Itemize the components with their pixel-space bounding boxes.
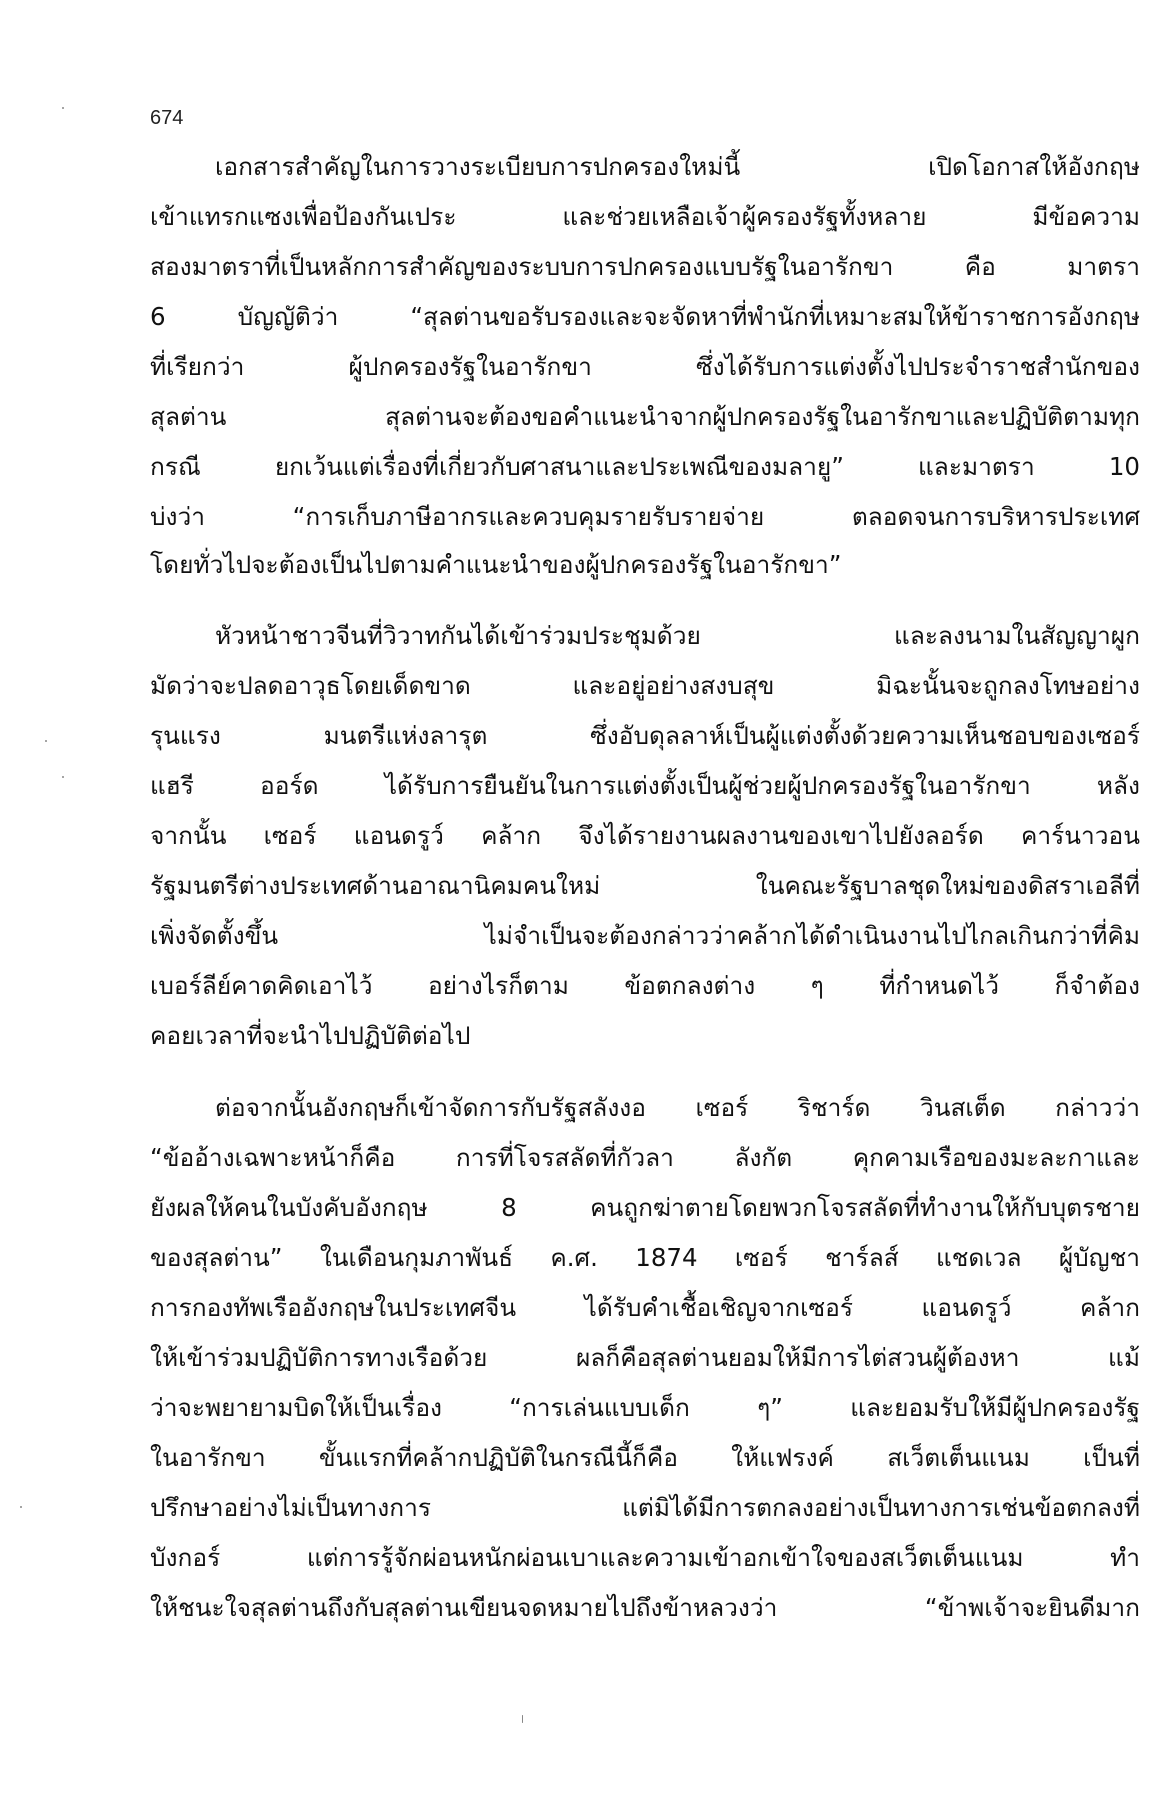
text-line: เอกสารสำคัญในการวางระเบียบการปกครองใหม่น… xyxy=(215,142,1140,192)
text-line: รุนแรง มนตรีแห่งลารุต ซึ่งอับดุลลาห์เป็น… xyxy=(150,711,1140,761)
text-line: กรณี ยกเว้นแต่เรื่องที่เกี่ยวกับศาสนาและ… xyxy=(150,442,1140,492)
text-line: เข้าแทรกแซงเพื่อป้องกันเประ และช่วยเหลือ… xyxy=(150,192,1140,242)
text-line: ต่อจากนั้นอังกฤษก็เข้าจัดการกับรัฐสลังงอ… xyxy=(215,1083,1140,1133)
text-line: การกองทัพเรืออังกฤษในประเทศจีน ได้รับคำเ… xyxy=(150,1283,1140,1333)
text-line: บังกอร์ แต่การรู้จักผ่อนหนักผ่อนเบาและคว… xyxy=(150,1533,1140,1583)
text-line: 6 บัญญัติว่า “สุลต่านขอรับรองและจะจัดหาท… xyxy=(150,292,1140,342)
text-line: รัฐมนตรีต่างประเทศด้านอาณานิคมคนใหม่ ในค… xyxy=(150,861,1140,911)
text-line: ในอารักขา ขั้นแรกที่คล้ากปฏิบัติในกรณีนี… xyxy=(150,1433,1140,1483)
text-line: สุลต่าน สุลต่านจะต้องขอคำแนะนำจากผู้ปกคร… xyxy=(150,392,1140,442)
text-line: ว่าจะพยายามบิดให้เป็นเรื่อง “การเล่นแบบเ… xyxy=(150,1383,1140,1433)
text-line: ให้ชนะใจสุลต่านถึงกับสุลต่านเขียนจดหมายไ… xyxy=(150,1583,1140,1633)
text-line: มัดว่าจะปลดอาวุธโดยเด็ดขาด และอยู่อย่างส… xyxy=(150,661,1140,711)
scan-speck xyxy=(20,1506,22,1508)
text-line: ยังผลให้คนในบังคับอังกฤษ 8 คนถูกฆ่าตายโด… xyxy=(150,1183,1140,1233)
text-line: หัวหน้าชาวจีนที่วิวาทกันได้เข้าร่วมประชุ… xyxy=(215,611,1140,661)
text-line: สองมาตราที่เป็นหลักการสำคัญของระบบการปกค… xyxy=(150,242,1140,292)
text-line: บ่งว่า “การเก็บภาษีอากรและควบคุมรายรับรา… xyxy=(150,492,1140,542)
scan-speck xyxy=(62,107,64,109)
text-line: เพิ่งจัดตั้งขึ้น ไม่จำเป็นจะต้องกล่าวว่า… xyxy=(150,911,1140,961)
scan-speck xyxy=(45,740,47,742)
text-line: เบอร์ลีย์คาดคิดเอาไว้ อย่างไรก็ตาม ข้อตก… xyxy=(150,961,1140,1011)
text-line: โดยทั่วไปจะต้องเป็นไปตามคำแนะนำของผู้ปกค… xyxy=(150,540,1140,590)
text-line: “ข้ออ้างเฉพาะหน้าก็คือ การที่โจรสลัดที่ก… xyxy=(150,1133,1140,1183)
scan-speck xyxy=(62,776,64,778)
page-number: 674 xyxy=(150,107,183,130)
text-line: ปรึกษาอย่างไม่เป็นทางการ แต่มิได้มีการตก… xyxy=(150,1483,1140,1533)
text-line: ให้เข้าร่วมปฏิบัติการทางเรือด้วย ผลก็คือ… xyxy=(150,1333,1140,1383)
text-line: ของสุลต่าน” ในเดือนกุมภาพันธ์ ค.ศ. 1874 … xyxy=(150,1233,1140,1283)
text-line: จากนั้น เซอร์ แอนดรูว์ คล้าก จึงได้รายงา… xyxy=(150,811,1140,861)
scan-speck xyxy=(522,1715,523,1723)
text-line: ที่เรียกว่า ผู้ปกครองรัฐในอารักขา ซึ่งได… xyxy=(150,342,1140,392)
text-line: คอยเวลาที่จะนำไปปฏิบัติต่อไป xyxy=(150,1011,1140,1061)
text-line: แฮรี ออร์ด ได้รับการยืนยันในการแต่งตั้งเ… xyxy=(150,761,1140,811)
